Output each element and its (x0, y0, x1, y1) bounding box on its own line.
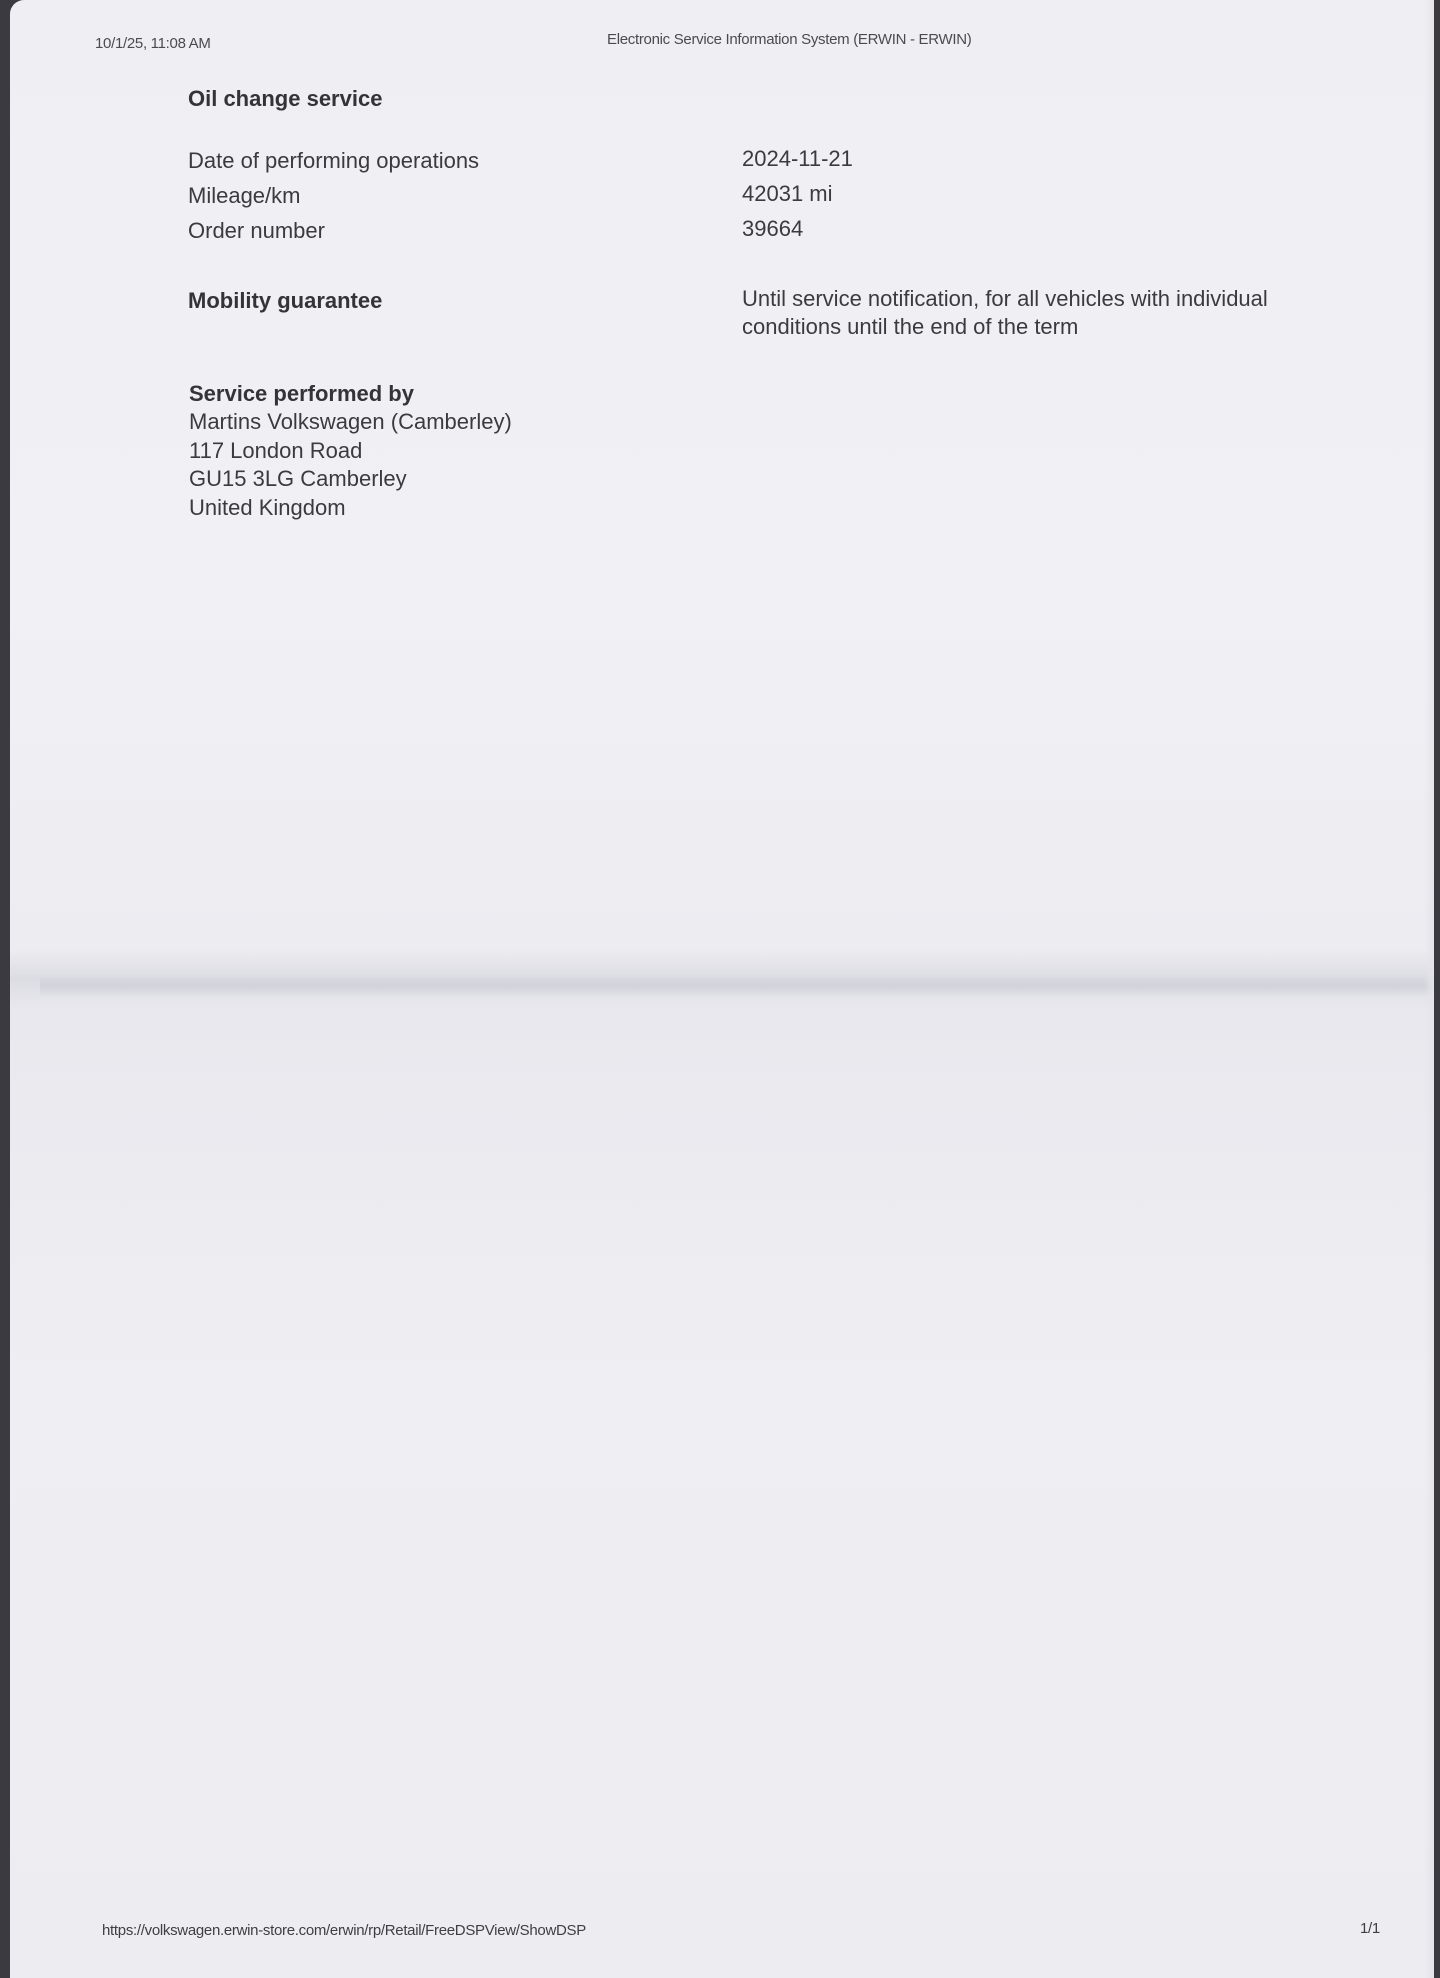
field-value-mileage: 42031 mi (742, 181, 833, 207)
dealer-street: 117 London Road (189, 438, 362, 464)
system-title: Electronic Service Information System (E… (607, 31, 971, 48)
field-label-mileage: Mileage/km (188, 183, 300, 209)
field-label-order: Order number (188, 218, 325, 244)
mobility-label: Mobility guarantee (188, 288, 382, 314)
field-value-order: 39664 (742, 216, 803, 242)
footer-url: https://volkswagen.erwin-store.com/erwin… (102, 1922, 586, 1939)
dealer-country: United Kingdom (189, 495, 346, 521)
print-timestamp: 10/1/25, 11:08 AM (95, 35, 211, 52)
service-title: Oil change service (188, 86, 382, 112)
field-value-date: 2024-11-21 (742, 146, 853, 172)
paper-fold (40, 975, 1434, 997)
printed-page: 10/1/25, 11:08 AM Electronic Service Inf… (10, 0, 1434, 1978)
performed-by-label: Service performed by (189, 381, 414, 407)
dealer-postcode-city: GU15 3LG Camberley (189, 466, 407, 492)
mobility-value-line-1: Until service notification, for all vehi… (742, 286, 1268, 312)
field-label-date: Date of performing operations (188, 148, 479, 174)
page-number: 1/1 (1360, 1920, 1380, 1937)
dealer-name: Martins Volkswagen (Camberley) (189, 409, 512, 435)
mobility-value-line-2: conditions until the end of the term (742, 314, 1078, 340)
